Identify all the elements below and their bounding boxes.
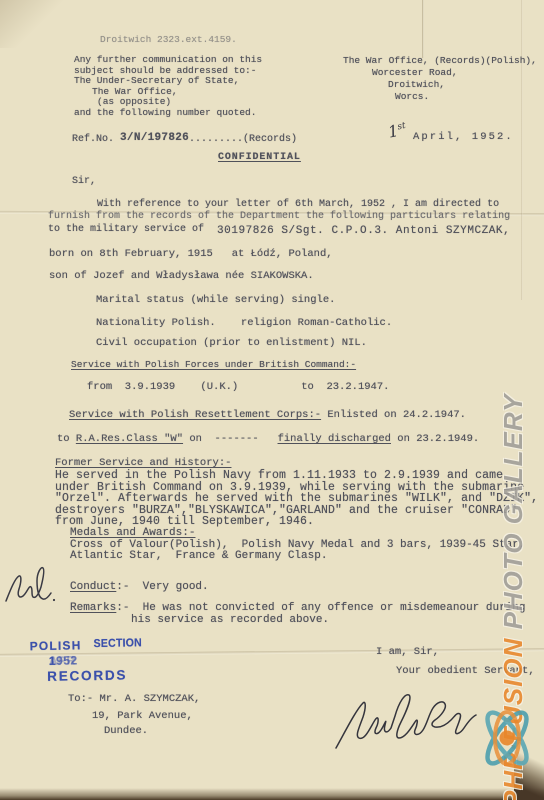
body-line: With reference to your letter of 6th Mar… <box>97 199 499 211</box>
watermark-gallery-label: PHOTO GALLERY <box>498 393 528 637</box>
office-address-line: Worcs. <box>395 92 429 103</box>
stamp-word-section: SECTION <box>94 637 143 650</box>
office-address-line: The War Office, (Records)(Polish), <box>343 56 537 67</box>
reference-suffix: (Records) <box>243 134 297 145</box>
notice-line: and the following number quoted. <box>74 108 256 119</box>
atom-logo <box>470 692 544 784</box>
body-line: furnish from the records of the Departme… <box>48 211 510 223</box>
office-address-line: Worcester Road, <box>372 68 458 79</box>
handwritten-initials <box>2 565 56 609</box>
section-heading-resettlement: Service with Polish Resettlement Corps:-… <box>69 409 466 421</box>
corner-fold-shadow <box>0 0 70 48</box>
signature <box>330 686 482 752</box>
civil-occupation-line: Civil occupation (prior to enlistment) N… <box>96 337 367 349</box>
date-line: April, 1952. <box>413 131 514 143</box>
reference-dots: ......... <box>189 134 243 145</box>
nationality-line: Nationality Polish. religion Roman-Catho… <box>96 317 392 329</box>
reference-number: 3/N/197826 <box>120 132 189 144</box>
paper-bottom-edge <box>0 788 544 800</box>
stamp-word-polish: POLISH <box>30 638 82 653</box>
scanned-letter-page: Droitwich 2323.ext.4159. Any further com… <box>0 0 544 800</box>
closing-line: I am, Sir, <box>376 646 439 658</box>
confidential-heading: CONFIDENTIAL <box>218 152 301 164</box>
born-line: born on 8th February, 1915 at Łódź, Pola… <box>49 248 333 260</box>
marital-status-line: Marital status (while serving) single. <box>96 294 335 306</box>
body-line: to the military service of30197826 S/Sgt… <box>48 223 510 236</box>
office-address-line: Droitwich, <box>388 80 445 91</box>
salutation: Sir, <box>72 176 96 188</box>
remarks-line: Remarks:- He was not convicted of any of… <box>70 602 526 615</box>
crease-vertical-right <box>521 0 523 300</box>
recipient-line: To:- Mr. A. SZYMCZAK, <box>68 693 200 705</box>
phone-line: Droitwich 2323.ext.4159. <box>100 35 237 46</box>
british-command-dates: from 3.9.1939 (U.K.) to 23.2.1947. <box>87 381 389 393</box>
section-heading-medals: Medals and Awards:- <box>70 527 195 540</box>
stamp-word-records: RECORDS <box>47 667 127 683</box>
polish-section-records-stamp: POLISH SECTION 1 APR 1952 RECORDS <box>28 635 169 695</box>
subject-service-number-name: 30197826 S/Sgt. C.P.O.3. Antoni SZYMCZAK… <box>204 225 510 237</box>
medals-line: Atlantic Star, France & Germany Clasp. <box>70 550 327 563</box>
crease-vertical-top <box>422 0 424 58</box>
section-heading-british-command: Service with Polish Forces under British… <box>71 360 356 371</box>
resettlement-discharge-line: to R.A.Res.Class "W" on ------- finally … <box>57 433 479 445</box>
reference-label: Ref.No. <box>72 134 120 145</box>
recipient-line: Dundee. <box>104 725 148 737</box>
reference-line: Ref.No. 3/N/197826.........(Records) <box>72 133 297 146</box>
remarks-line: his service as recorded above. <box>131 614 329 627</box>
conduct-line: Conduct:- Very good. <box>70 581 209 594</box>
recipient-line: 19, Park Avenue, <box>92 710 193 722</box>
handwritten-date-day: 1st <box>386 119 408 141</box>
parents-line: son of Jozef and Władysława née SIAKOWSK… <box>49 270 314 282</box>
section-heading-former-service: Former Service and History:- <box>55 457 231 469</box>
